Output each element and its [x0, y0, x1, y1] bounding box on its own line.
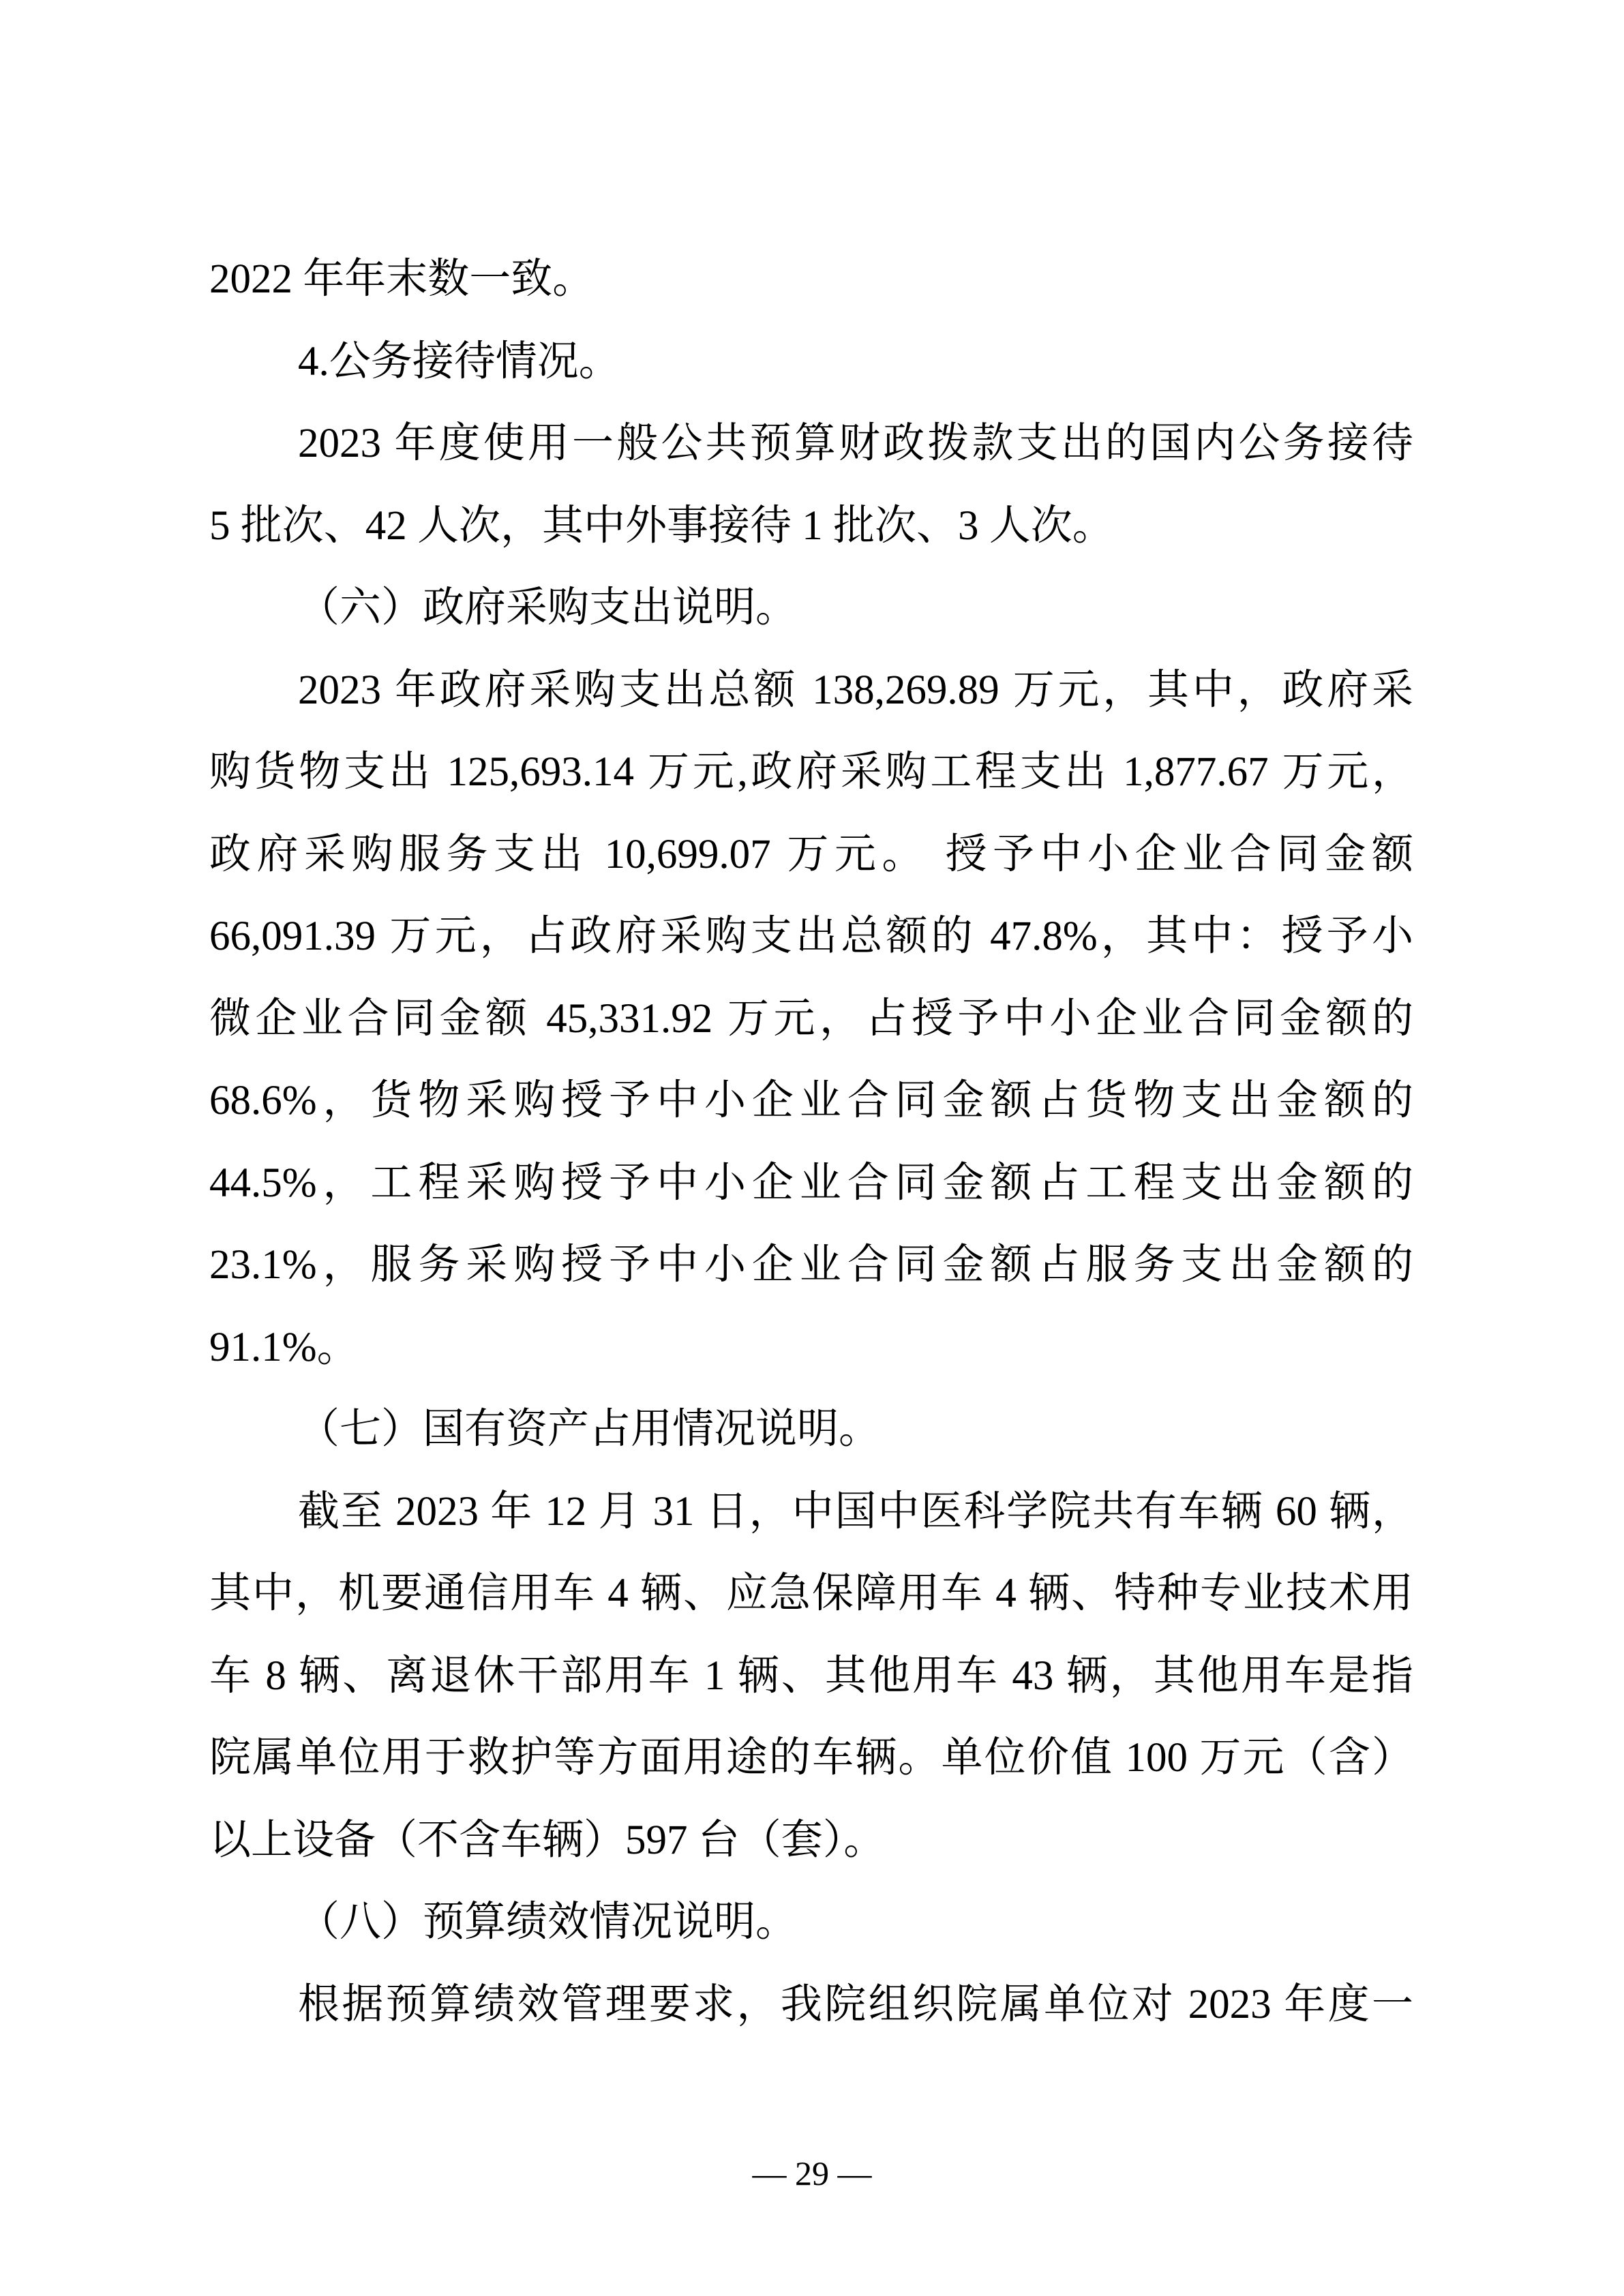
text-line: 微企业合同金额 45,331.92 万元，占授予中小企业合同金额的 [209, 978, 1413, 1061]
text-line: 根据预算绩效管理要求，我院组织院属单位对 2023 年度一 [209, 1964, 1413, 2046]
text-line: （六）政府采购支出说明。 [209, 567, 1413, 650]
text-line: 66,091.39 万元，占政府采购支出总额的 47.8%，其中：授予小 [209, 896, 1413, 978]
text-line: 2022 年年末数一致。 [209, 239, 1413, 321]
page-number: — 29 — [0, 2156, 1624, 2190]
text-line: 购货物支出 125,693.14 万元,政府采购工程支出 1,877.67 万元… [209, 731, 1413, 814]
text-line: 院属单位用于救护等方面用途的车辆。单位价值 100 万元（含） [209, 1717, 1413, 1800]
text-line: 政府采购服务支出 10,699.07 万元。 授予中小企业合同金额 [209, 814, 1413, 896]
document-body: 2022 年年末数一致。4.公务接待情况。2023 年度使用一般公共预算财政拨款… [209, 239, 1413, 2046]
text-line: （八）预算绩效情况说明。 [209, 1882, 1413, 1964]
document-page: 2022 年年末数一致。4.公务接待情况。2023 年度使用一般公共预算财政拨款… [0, 0, 1624, 2296]
text-line: 4.公务接待情况。 [209, 321, 1413, 404]
text-line: 44.5%，工程采购授予中小企业合同金额占工程支出金额的 [209, 1143, 1413, 1225]
text-line: 91.1%。 [209, 1307, 1413, 1389]
text-line: 以上设备（不含车辆）597 台（套）。 [209, 1800, 1413, 1882]
text-line: （七）国有资产占用情况说明。 [209, 1389, 1413, 1471]
text-line: 其中，机要通信用车 4 辆、应急保障用车 4 辆、特种专业技术用 [209, 1553, 1413, 1635]
text-line: 23.1%，服务采购授予中小企业合同金额占服务支出金额的 [209, 1224, 1413, 1307]
text-line: 车 8 辆、离退休干部用车 1 辆、其他用车 43 辆，其他用车是指 [209, 1635, 1413, 1718]
text-line: 5 批次、42 人次，其中外事接待 1 批次、3 人次。 [209, 485, 1413, 568]
text-line: 2023 年政府采购支出总额 138,269.89 万元，其中，政府采 [209, 650, 1413, 732]
text-line: 2023 年度使用一般公共预算财政拨款支出的国内公务接待 [209, 403, 1413, 485]
text-line: 68.6%，货物采购授予中小企业合同金额占货物支出金额的 [209, 1060, 1413, 1143]
text-line: 截至 2023 年 12 月 31 日，中国中医科学院共有车辆 60 辆， [209, 1471, 1413, 1554]
